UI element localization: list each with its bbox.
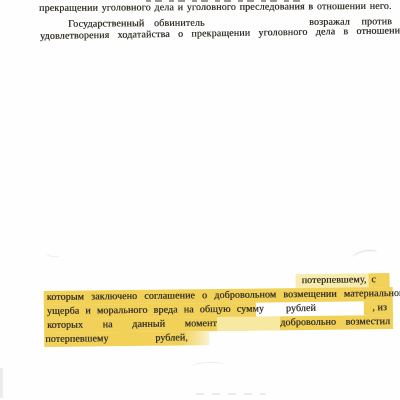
redacted-name-gap [217, 316, 281, 331]
highlight-line-1-right: с [368, 273, 390, 287]
highlight-line-5: потерпевшему рублей, [44, 329, 393, 347]
highlighted-passage: потерпевшему,с которым заключено соглаше… [0, 0, 400, 400]
highlight-line-5-rubles: рублей, [155, 331, 188, 344]
highlight-line-4-right: добровольно возместил [280, 315, 390, 330]
highlight-line-3-right: , из [364, 301, 393, 315]
highlight-line-3-rubles: рублей [286, 301, 316, 314]
highlight-line-1-left: потерпевшему, [295, 273, 368, 288]
scanned-document-page: прекращении уголовного дела и уголовного… [0, 0, 400, 400]
